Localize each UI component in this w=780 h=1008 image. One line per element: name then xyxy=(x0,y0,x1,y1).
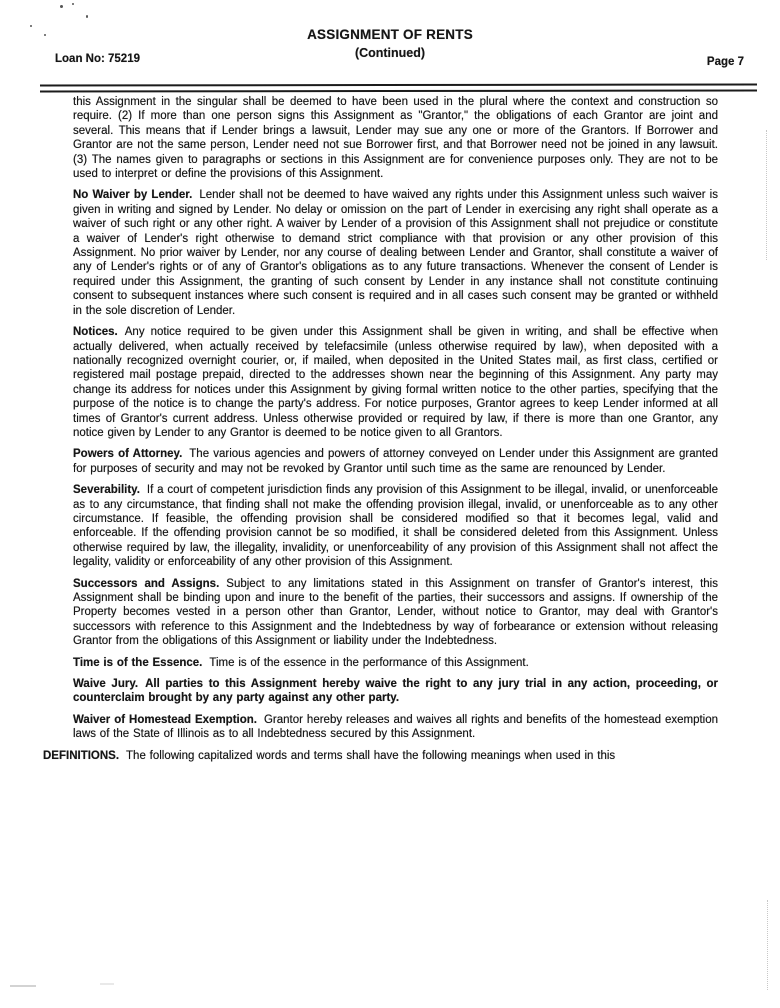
paragraph-body: If a court of competent jurisdiction fin… xyxy=(73,484,718,568)
paragraph-heading: Waiver of Homestead Exemption. xyxy=(73,714,264,726)
scan-artifact xyxy=(766,130,767,260)
document-title: ASSIGNMENT OF RENTS xyxy=(0,27,780,42)
paragraph-heading: No Waiver by Lender. xyxy=(73,189,199,201)
paragraph-heading: Successors and Assigns. xyxy=(73,578,226,590)
paragraph: Successors and Assigns.Subject to any li… xyxy=(73,577,718,649)
paragraph-heading: Notices. xyxy=(73,326,125,338)
paragraph: No Waiver by Lender.Lender shall not be … xyxy=(73,188,718,318)
paragraph: Notices.Any notice required to be given … xyxy=(73,325,718,440)
scan-artifact xyxy=(10,985,36,987)
loan-number: Loan No: 75219 xyxy=(55,53,140,65)
paragraph: Time is of the Essence.Time is of the es… xyxy=(73,656,718,670)
paragraph-body: this Assignment in the singular shall be… xyxy=(73,96,718,180)
paragraph-definitions: DEFINITIONS.The following capitalized wo… xyxy=(43,749,718,763)
paragraph: Waiver of Homestead Exemption.Grantor he… xyxy=(73,713,718,742)
scanned-document-page: ASSIGNMENT OF RENTS (Continued) Loan No:… xyxy=(0,0,780,1008)
scan-artifact xyxy=(60,5,63,8)
document-body: this Assignment in the singular shall be… xyxy=(73,95,718,770)
paragraph-body: Any notice required to be given under th… xyxy=(73,326,718,439)
header-divider-rule xyxy=(40,83,757,92)
scan-artifact xyxy=(86,15,88,18)
paragraph-body: Time is of the essence in the performanc… xyxy=(209,657,528,669)
paragraph-body: Lender shall not be deemed to have waive… xyxy=(73,189,718,316)
paragraph-body: The following capitalized words and term… xyxy=(126,750,615,762)
paragraph: Severability.If a court of competent jur… xyxy=(73,483,718,569)
paragraph: Powers of Attorney.The various agencies … xyxy=(73,447,718,476)
paragraph-heading: DEFINITIONS. xyxy=(43,750,126,762)
paragraph-heading: Powers of Attorney. xyxy=(73,448,189,460)
scan-artifact xyxy=(100,983,114,985)
scan-artifact xyxy=(767,900,768,990)
paragraph-waive-jury: Waive Jury.All parties to this Assignmen… xyxy=(73,677,718,706)
paragraph-heading: Severability. xyxy=(73,484,147,496)
paragraph-heading: Time is of the Essence. xyxy=(73,657,209,669)
paragraph: this Assignment in the singular shall be… xyxy=(73,95,718,181)
page-number: Page 7 xyxy=(707,56,744,68)
paragraph-body: All parties to this Assignment hereby wa… xyxy=(73,678,718,704)
scan-artifact xyxy=(72,3,74,5)
paragraph-heading: Waive Jury. xyxy=(73,678,145,690)
